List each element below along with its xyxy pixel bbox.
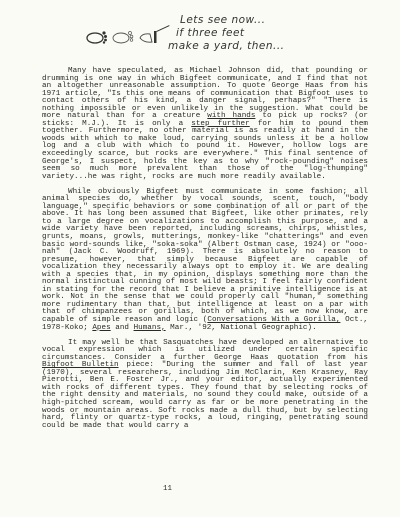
text-run: and <box>111 324 134 332</box>
paragraph: While obviously Bigfeet must communicate… <box>42 189 368 332</box>
underlined-text: Humans, <box>134 324 166 332</box>
note-line: if three feet <box>168 27 285 40</box>
text-run: Mar., '92, National Geographic). <box>166 324 317 332</box>
text-run: While obviously Bigfeet must communicate… <box>42 188 368 324</box>
footprints <box>86 30 160 44</box>
paragraph: Many have speculated, as Michael Johnson… <box>42 68 368 181</box>
header-illustration: Lets see now... if three feet make a yar… <box>86 14 326 66</box>
note-line: Lets see now... <box>168 14 285 27</box>
paragraph: It may well be that Sasquatches have dev… <box>42 340 368 431</box>
article-body: Many have speculated, as Michael Johnson… <box>42 68 368 438</box>
footprint-icon <box>86 30 108 44</box>
text-run: It may well be that Sasquatches have dev… <box>42 339 368 362</box>
text-run: piece: "During the summer and fall of la… <box>42 361 368 429</box>
underlined-text: Apes <box>92 324 110 332</box>
text-run: for him to pound them together. Furtherm… <box>42 120 368 181</box>
footprint-icon <box>112 30 134 44</box>
handwritten-note: Lets see now... if three feet make a yar… <box>168 14 285 53</box>
note-line: make a yard, then... <box>168 40 285 53</box>
page-number: 11 <box>163 485 172 493</box>
document-page: Lets see now... if three feet make a yar… <box>0 0 400 517</box>
footprint-icon <box>138 30 160 44</box>
